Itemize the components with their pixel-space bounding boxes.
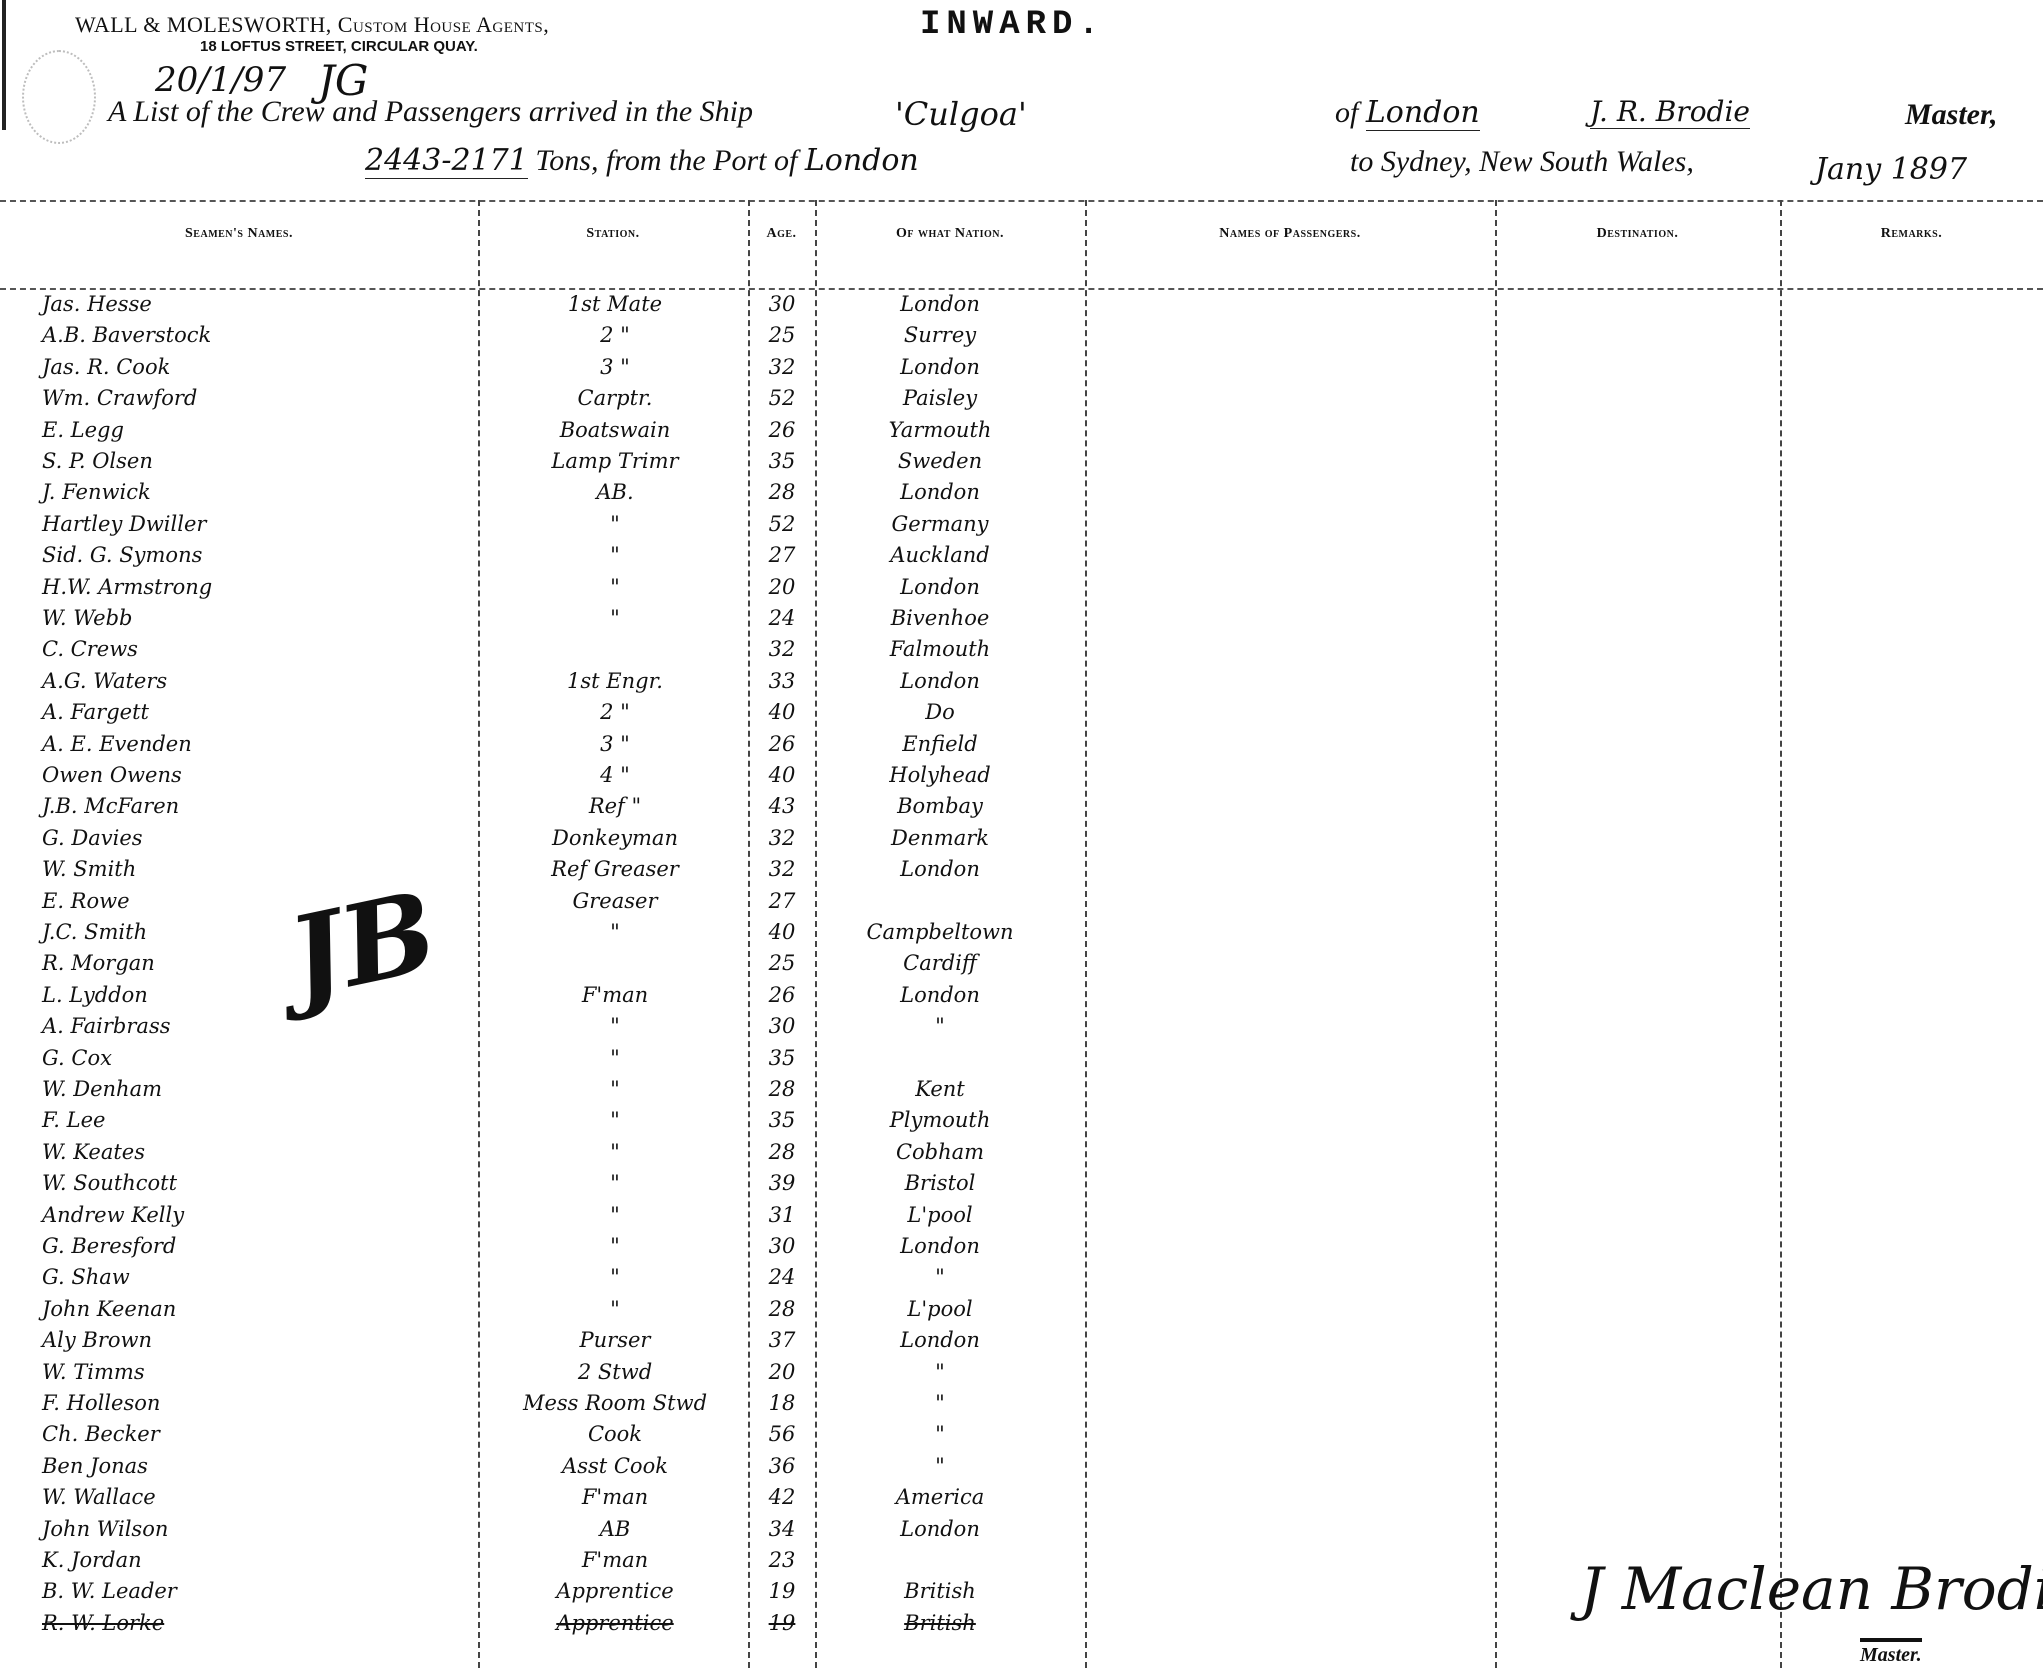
agent-address: 18 LOFTUS STREET, CIRCULAR QUAY.: [200, 38, 478, 55]
age-cell: 40: [752, 920, 812, 944]
station-cell: Donkeyman: [500, 826, 730, 850]
nation-cell: Kent: [820, 1077, 1060, 1101]
nation-cell: London: [820, 1517, 1060, 1541]
station-cell: 3 ": [500, 355, 730, 379]
age-cell: 26: [752, 418, 812, 442]
seaman-name-cell: Jas. R. Cook: [42, 355, 170, 379]
seaman-name-cell: W. Webb: [42, 606, 132, 630]
seaman-name-cell: F. Holleson: [42, 1391, 160, 1415]
age-cell: 40: [752, 700, 812, 724]
age-cell: 30: [752, 1014, 812, 1038]
station-cell: ": [500, 1171, 730, 1195]
table-row: W. Keates"28Cobham: [0, 1140, 2043, 1171]
station-cell: ": [500, 1108, 730, 1132]
table-row: A.B. Baverstock2 "25Surrey: [0, 323, 2043, 354]
seaman-name-cell: E. Legg: [42, 418, 124, 442]
age-cell: 36: [752, 1454, 812, 1478]
nation-cell: British: [820, 1611, 1060, 1635]
age-cell: 28: [752, 480, 812, 504]
column-header-station: Station.: [478, 226, 748, 242]
station-cell: Carptr.: [500, 386, 730, 410]
age-cell: 43: [752, 794, 812, 818]
age-cell: 27: [752, 889, 812, 913]
age-cell: 32: [752, 637, 812, 661]
nation-cell: London: [820, 857, 1060, 881]
seaman-name-cell: Jas. Hesse: [42, 292, 152, 316]
age-cell: 19: [752, 1579, 812, 1603]
list-title-line: A List of the Crew and Passengers arrive…: [108, 95, 753, 129]
station-cell: ": [500, 1297, 730, 1321]
station-cell: Ref ": [500, 794, 730, 818]
nation-cell: British: [820, 1579, 1060, 1603]
age-cell: 28: [752, 1140, 812, 1164]
station-cell: F'man: [500, 983, 730, 1007]
handwritten-date: 20/1/97: [155, 60, 286, 100]
nation-cell: Plymouth: [820, 1108, 1060, 1132]
seaman-name-cell: J.C. Smith: [42, 920, 147, 944]
table-row: C. Crews32Falmouth: [0, 637, 2043, 668]
station-cell: Asst Cook: [500, 1454, 730, 1478]
station-cell: ": [500, 1234, 730, 1258]
seaman-name-cell: H.W. Armstrong: [42, 575, 212, 599]
seaman-name-cell: A.B. Baverstock: [42, 323, 211, 347]
station-cell: Purser: [500, 1328, 730, 1352]
table-row: W. SmithRef Greaser32London: [0, 857, 2043, 888]
seaman-name-cell: L. Lyddon: [42, 983, 148, 1007]
form-title: INWARD.: [920, 6, 1105, 44]
master-name: J. R. Brodie: [1590, 95, 1750, 129]
table-row: Wm. CrawfordCarptr.52Paisley: [0, 386, 2043, 417]
station-cell: Boatswain: [500, 418, 730, 442]
header-top-rule: [0, 200, 2043, 202]
station-cell: 2 ": [500, 323, 730, 347]
station-cell: F'man: [500, 1548, 730, 1572]
age-cell: 27: [752, 543, 812, 567]
seaman-name-cell: Aly Brown: [42, 1328, 152, 1352]
seaman-name-cell: F. Lee: [42, 1108, 105, 1132]
age-cell: 26: [752, 983, 812, 1007]
nation-cell: Holyhead: [820, 763, 1060, 787]
age-cell: 30: [752, 1234, 812, 1258]
table-row: W. Timms2 Stwd20": [0, 1360, 2043, 1391]
table-row: Owen Owens4 "40Holyhead: [0, 763, 2043, 794]
station-cell: 3 ": [500, 732, 730, 756]
seaman-name-cell: G. Davies: [42, 826, 143, 850]
nation-cell: Sweden: [820, 449, 1060, 473]
nation-cell: Enfield: [820, 732, 1060, 756]
nation-cell: London: [820, 480, 1060, 504]
nation-cell: L'pool: [820, 1297, 1060, 1321]
station-cell: Greaser: [500, 889, 730, 913]
station-cell: Cook: [500, 1422, 730, 1446]
station-cell: 2 Stwd: [500, 1360, 730, 1384]
station-cell: Apprentice: [500, 1579, 730, 1603]
seaman-name-cell: W. Keates: [42, 1140, 145, 1164]
page-edge-border: [2, 0, 6, 130]
nation-cell: ": [820, 1360, 1060, 1384]
table-row: W. WallaceF'man42America: [0, 1485, 2043, 1516]
ship-home-port-line: of London: [1335, 95, 1480, 130]
table-row: F. Lee"35Plymouth: [0, 1108, 2043, 1139]
column-header-seamen-names: Seamen's Names.: [0, 226, 478, 242]
nation-cell: Campbeltown: [820, 920, 1060, 944]
header-bottom-rule: [0, 288, 2043, 290]
of-label: of: [1335, 96, 1358, 129]
nation-cell: London: [820, 1328, 1060, 1352]
age-cell: 24: [752, 606, 812, 630]
seaman-name-cell: Ch. Becker: [42, 1422, 160, 1446]
station-cell: ": [500, 1140, 730, 1164]
age-cell: 24: [752, 1265, 812, 1289]
table-row: J. FenwickAB.28London: [0, 480, 2043, 511]
seaman-name-cell: W. Denham: [42, 1077, 162, 1101]
station-cell: ": [500, 1203, 730, 1227]
seaman-name-cell: W. Timms: [42, 1360, 145, 1384]
age-cell: 32: [752, 355, 812, 379]
seaman-name-cell: J. Fenwick: [42, 480, 151, 504]
age-cell: 56: [752, 1422, 812, 1446]
seaman-name-cell: R. Morgan: [42, 951, 155, 975]
nation-cell: Denmark: [820, 826, 1060, 850]
station-cell: AB: [500, 1517, 730, 1541]
seaman-name-cell: A.G. Waters: [42, 669, 167, 693]
station-cell: ": [500, 606, 730, 630]
seaman-name-cell: A. E. Evenden: [42, 732, 192, 756]
station-cell: ": [500, 1077, 730, 1101]
age-cell: 31: [752, 1203, 812, 1227]
table-row: W. Webb"24Bivenhoe: [0, 606, 2043, 637]
table-row: A. E. Evenden3 "26Enfield: [0, 732, 2043, 763]
nation-cell: Cobham: [820, 1140, 1060, 1164]
station-cell: ": [500, 512, 730, 536]
ship-home-port: London: [1366, 95, 1480, 131]
tons-from-port-label: Tons, from the Port of: [535, 144, 797, 177]
seaman-name-cell: John Wilson: [42, 1517, 168, 1541]
nation-cell: America: [820, 1485, 1060, 1509]
nation-cell: L'pool: [820, 1203, 1060, 1227]
age-cell: 40: [752, 763, 812, 787]
table-row: Sid. G. Symons"27Auckland: [0, 543, 2043, 574]
age-cell: 28: [752, 1297, 812, 1321]
table-row: W. Southcott"39Bristol: [0, 1171, 2043, 1202]
table-row: E. LeggBoatswain26Yarmouth: [0, 418, 2043, 449]
table-row: Jas. Hesse1st Mate30London: [0, 292, 2043, 323]
age-cell: 23: [752, 1548, 812, 1572]
table-row: Ben JonasAsst Cook36": [0, 1454, 2043, 1485]
table-row: John WilsonAB34London: [0, 1517, 2043, 1548]
nation-cell: London: [820, 1234, 1060, 1258]
table-row: G. Cox"35: [0, 1046, 2043, 1077]
table-row: G. Beresford"30London: [0, 1234, 2043, 1265]
ship-name: 'Culgoa': [895, 95, 1027, 133]
nation-cell: ": [820, 1391, 1060, 1415]
table-row: G. Shaw"24": [0, 1265, 2043, 1296]
seaman-name-cell: Sid. G. Symons: [42, 543, 202, 567]
column-header-destination: Destination.: [1495, 226, 1780, 242]
age-cell: 32: [752, 826, 812, 850]
seaman-name-cell: A. Fargett: [42, 700, 149, 724]
seaman-name-cell: J.B. McFaren: [42, 794, 179, 818]
table-row: Ch. BeckerCook56": [0, 1422, 2043, 1453]
seaman-name-cell: A. Fairbrass: [42, 1014, 171, 1038]
nation-cell: Yarmouth: [820, 418, 1060, 442]
column-header-passengers: Names of Passengers.: [1085, 226, 1495, 242]
column-header-age: Age.: [748, 226, 815, 242]
seaman-name-cell: G. Beresford: [42, 1234, 176, 1258]
age-cell: 35: [752, 1108, 812, 1132]
station-cell: Lamp Trimr: [500, 449, 730, 473]
age-cell: 28: [752, 1077, 812, 1101]
seaman-name-cell: G. Shaw: [42, 1265, 130, 1289]
station-cell: AB.: [500, 480, 730, 504]
station-cell: Mess Room Stwd: [500, 1391, 730, 1415]
ink-stamp-icon: [22, 50, 96, 144]
nation-cell: Bivenhoe: [820, 606, 1060, 630]
nation-cell: London: [820, 292, 1060, 316]
age-cell: 34: [752, 1517, 812, 1541]
nation-cell: Do: [820, 700, 1060, 724]
nation-cell: London: [820, 575, 1060, 599]
table-row: Jas. R. Cook3 "32London: [0, 355, 2043, 386]
age-cell: 33: [752, 669, 812, 693]
station-cell: ": [500, 1014, 730, 1038]
table-row: H.W. Armstrong"20London: [0, 575, 2043, 606]
table-row: Aly BrownPurser37London: [0, 1328, 2043, 1359]
column-header-remarks: Remarks.: [1780, 226, 2043, 242]
table-row: Andrew Kelly"31L'pool: [0, 1203, 2043, 1234]
signature-caption: Master.: [1860, 1638, 1922, 1667]
seaman-name-cell: K. Jordan: [42, 1548, 142, 1572]
station-cell: ": [500, 920, 730, 944]
nation-cell: Bombay: [820, 794, 1060, 818]
agent-name: WALL & MOLESWORTH,: [75, 12, 332, 37]
seaman-name-cell: Ben Jonas: [42, 1454, 148, 1478]
age-cell: 20: [752, 1360, 812, 1384]
table-row: J.B. McFarenRef "43Bombay: [0, 794, 2043, 825]
age-cell: 30: [752, 292, 812, 316]
port-of-departure: London: [805, 143, 919, 178]
agent-role: Custom House Agents,: [338, 12, 549, 37]
station-cell: Ref Greaser: [500, 857, 730, 881]
age-cell: 18: [752, 1391, 812, 1415]
master-label: Master,: [1905, 98, 1998, 132]
age-cell: 20: [752, 575, 812, 599]
table-row: S. P. OlsenLamp Trimr35Sweden: [0, 449, 2043, 480]
table-row: A.G. Waters1st Engr.33London: [0, 669, 2043, 700]
seaman-name-cell: R. W. Lorke: [42, 1611, 164, 1635]
station-cell: ": [500, 575, 730, 599]
column-header-nation: Of what Nation.: [815, 226, 1085, 242]
nation-cell: London: [820, 983, 1060, 1007]
seaman-name-cell: C. Crews: [42, 637, 138, 661]
age-cell: 32: [752, 857, 812, 881]
nation-cell: London: [820, 669, 1060, 693]
age-cell: 19: [752, 1611, 812, 1635]
station-cell: 2 ": [500, 700, 730, 724]
station-cell: 4 ": [500, 763, 730, 787]
tonnage-line: 2443-2171 Tons, from the Port of London: [365, 143, 919, 178]
nation-cell: London: [820, 355, 1060, 379]
seaman-name-cell: Owen Owens: [42, 763, 182, 787]
nation-cell: Falmouth: [820, 637, 1060, 661]
age-cell: 25: [752, 951, 812, 975]
station-cell: ": [500, 1046, 730, 1070]
table-row: F. HollesonMess Room Stwd18": [0, 1391, 2043, 1422]
age-cell: 52: [752, 386, 812, 410]
nation-cell: ": [820, 1265, 1060, 1289]
table-row: G. DaviesDonkeyman32Denmark: [0, 826, 2043, 857]
age-cell: 35: [752, 1046, 812, 1070]
table-row: Hartley Dwiller"52Germany: [0, 512, 2043, 543]
age-cell: 37: [752, 1328, 812, 1352]
nation-cell: ": [820, 1454, 1060, 1478]
tonnage: 2443-2171: [365, 143, 528, 179]
seaman-name-cell: W. Smith: [42, 857, 136, 881]
seaman-name-cell: B. W. Leader: [42, 1579, 177, 1603]
master-signature: J Maclean Brodie: [1580, 1555, 2043, 1623]
seaman-name-cell: W. Southcott: [42, 1171, 177, 1195]
seaman-name-cell: Andrew Kelly: [42, 1203, 184, 1227]
nation-cell: Surrey: [820, 323, 1060, 347]
seaman-name-cell: G. Cox: [42, 1046, 112, 1070]
station-cell: ": [500, 1265, 730, 1289]
station-cell: Apprentice: [500, 1611, 730, 1635]
seaman-name-cell: S. P. Olsen: [42, 449, 153, 473]
seaman-name-cell: Wm. Crawford: [42, 386, 197, 410]
station-cell: F'man: [500, 1485, 730, 1509]
nation-cell: ": [820, 1014, 1060, 1038]
station-cell: 1st Engr.: [500, 669, 730, 693]
age-cell: 42: [752, 1485, 812, 1509]
seaman-name-cell: Hartley Dwiller: [42, 512, 206, 536]
table-row: A. Fargett2 "40Do: [0, 700, 2043, 731]
nation-cell: Auckland: [820, 543, 1060, 567]
table-row: W. Denham"28Kent: [0, 1077, 2043, 1108]
age-cell: 52: [752, 512, 812, 536]
nation-cell: Germany: [820, 512, 1060, 536]
seaman-name-cell: W. Wallace: [42, 1485, 156, 1509]
nation-cell: Paisley: [820, 386, 1060, 410]
age-cell: 39: [752, 1171, 812, 1195]
nation-cell: Bristol: [820, 1171, 1060, 1195]
table-row: John Keenan"28L'pool: [0, 1297, 2043, 1328]
age-cell: 26: [752, 732, 812, 756]
age-cell: 25: [752, 323, 812, 347]
agent-heading: WALL & MOLESWORTH, Custom House Agents,: [75, 12, 549, 38]
age-cell: 35: [752, 449, 812, 473]
station-cell: ": [500, 543, 730, 567]
seaman-name-cell: John Keenan: [42, 1297, 176, 1321]
nation-cell: Cardiff: [820, 951, 1060, 975]
seaman-name-cell: E. Rowe: [42, 889, 130, 913]
station-cell: 1st Mate: [500, 292, 730, 316]
nation-cell: ": [820, 1422, 1060, 1446]
arrival-date: Jany 1897: [1815, 152, 1967, 187]
destination-line: to Sydney, New South Wales,: [1350, 145, 1694, 179]
